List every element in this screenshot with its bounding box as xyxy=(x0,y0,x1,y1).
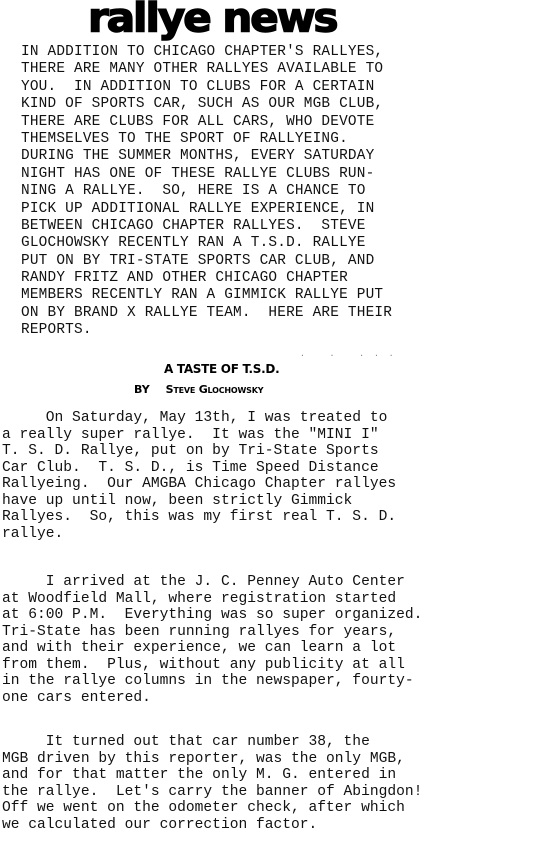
intro-line: THERE ARE CLUBS FOR ALL CARS, WHO DEVOTE xyxy=(21,114,521,131)
paragraph-line: at Woodfield Mall, where registration st… xyxy=(2,591,538,608)
paragraph-line: and for that matter the only M. G. enter… xyxy=(2,767,538,784)
paragraph-line: rallye. xyxy=(2,526,538,543)
intro-paragraph: IN ADDITION TO CHICAGO CHAPTER'S RALLYES… xyxy=(21,44,521,340)
intro-line: ON BY BRAND X RALLYE TEAM. HERE ARE THEI… xyxy=(21,305,521,322)
paragraph-line: T. S. D. Rallye, put on by Tri-State Spo… xyxy=(2,443,538,460)
paragraph-line: Tri-State has been running rallyes for y… xyxy=(2,624,538,641)
intro-line: THEMSELVES TO THE SPORT OF RALLYEING. xyxy=(21,131,521,148)
paragraph-line: we calculated our correction factor. xyxy=(2,817,538,834)
paragraph-line: On Saturday, May 13th, I was treated to xyxy=(2,410,538,427)
intro-line: NING A RALLYE. SO, HERE IS A CHANCE TO xyxy=(21,183,521,200)
paragraph-line: at 6:00 P.M. Everything was so super org… xyxy=(2,607,538,624)
intro-line: YOU. IN ADDITION TO CLUBS FOR A CERTAIN xyxy=(21,79,521,96)
paragraph-line: in the rallye columns in the newspaper, … xyxy=(2,673,538,690)
byline-label: BY xyxy=(134,383,150,396)
article-byline: BY Steve Glochowsky xyxy=(134,383,263,396)
paragraph-line: Car Club. T. S. D., is Time Speed Distan… xyxy=(2,460,538,477)
intro-line: THERE ARE MANY OTHER RALLYES AVAILABLE T… xyxy=(21,61,521,78)
intro-line: NIGHT HAS ONE OF THESE RALLYE CLUBS RUN- xyxy=(21,166,521,183)
paragraph-line: a really super rallye. It was the "MINI … xyxy=(2,427,538,444)
article-paragraph-2: I arrived at the J. C. Penney Auto Cente… xyxy=(2,574,538,706)
paragraph-line: have up until now, been strictly Gimmick xyxy=(2,493,538,510)
paragraph-line: I arrived at the J. C. Penney Auto Cente… xyxy=(2,574,538,591)
article-title: A TASTE OF T.S.D. xyxy=(164,362,279,376)
intro-line: PICK UP ADDITIONAL RALLYE EXPERIENCE, IN xyxy=(21,201,521,218)
intro-line: REPORTS. xyxy=(21,322,521,339)
paragraph-line: one cars entered. xyxy=(2,690,538,707)
intro-line: MEMBERS RECENTLY RAN A GIMMICK RALLYE PU… xyxy=(21,287,521,304)
article-paragraph-1: On Saturday, May 13th, I was treated toa… xyxy=(2,410,538,542)
paragraph-line: It turned out that car number 38, the xyxy=(2,734,538,751)
intro-line: GLOCHOWSKY RECENTLY RAN A T.S.D. RALLYE xyxy=(21,235,521,252)
paragraph-line: from them. Plus, without any publicity a… xyxy=(2,657,538,674)
intro-line: KIND OF SPORTS CAR, SUCH AS OUR MGB CLUB… xyxy=(21,96,521,113)
paragraph-line: Off we went on the odometer check, after… xyxy=(2,800,538,817)
intro-line: RANDY FRITZ AND OTHER CHICAGO CHAPTER xyxy=(21,270,521,287)
intro-line: IN ADDITION TO CHICAGO CHAPTER'S RALLYES… xyxy=(21,44,521,61)
article-paragraph-3: It turned out that car number 38, theMGB… xyxy=(2,734,538,833)
paragraph-line: and with their experience, we can learn … xyxy=(2,640,538,657)
paragraph-line: the rallye. Let's carry the banner of Ab… xyxy=(2,784,538,801)
paragraph-line: Rallyes. So, this was my first real T. S… xyxy=(2,509,538,526)
byline-author: Steve Glochowsky xyxy=(166,383,264,396)
intro-line: PUT ON BY TRI-STATE SPORTS CAR CLUB, AND xyxy=(21,253,521,270)
intro-line: BETWEEN CHICAGO CHAPTER RALLYES. STEVE xyxy=(21,218,521,235)
scan-specks: . . ... xyxy=(300,350,410,354)
masthead-title: rallye news xyxy=(88,0,388,39)
intro-line: DURING THE SUMMER MONTHS, EVERY SATURDAY xyxy=(21,148,521,165)
paragraph-line: MGB driven by this reporter, was the onl… xyxy=(2,751,538,768)
paragraph-line: Rallyeing. Our AMGBA Chicago Chapter ral… xyxy=(2,476,538,493)
